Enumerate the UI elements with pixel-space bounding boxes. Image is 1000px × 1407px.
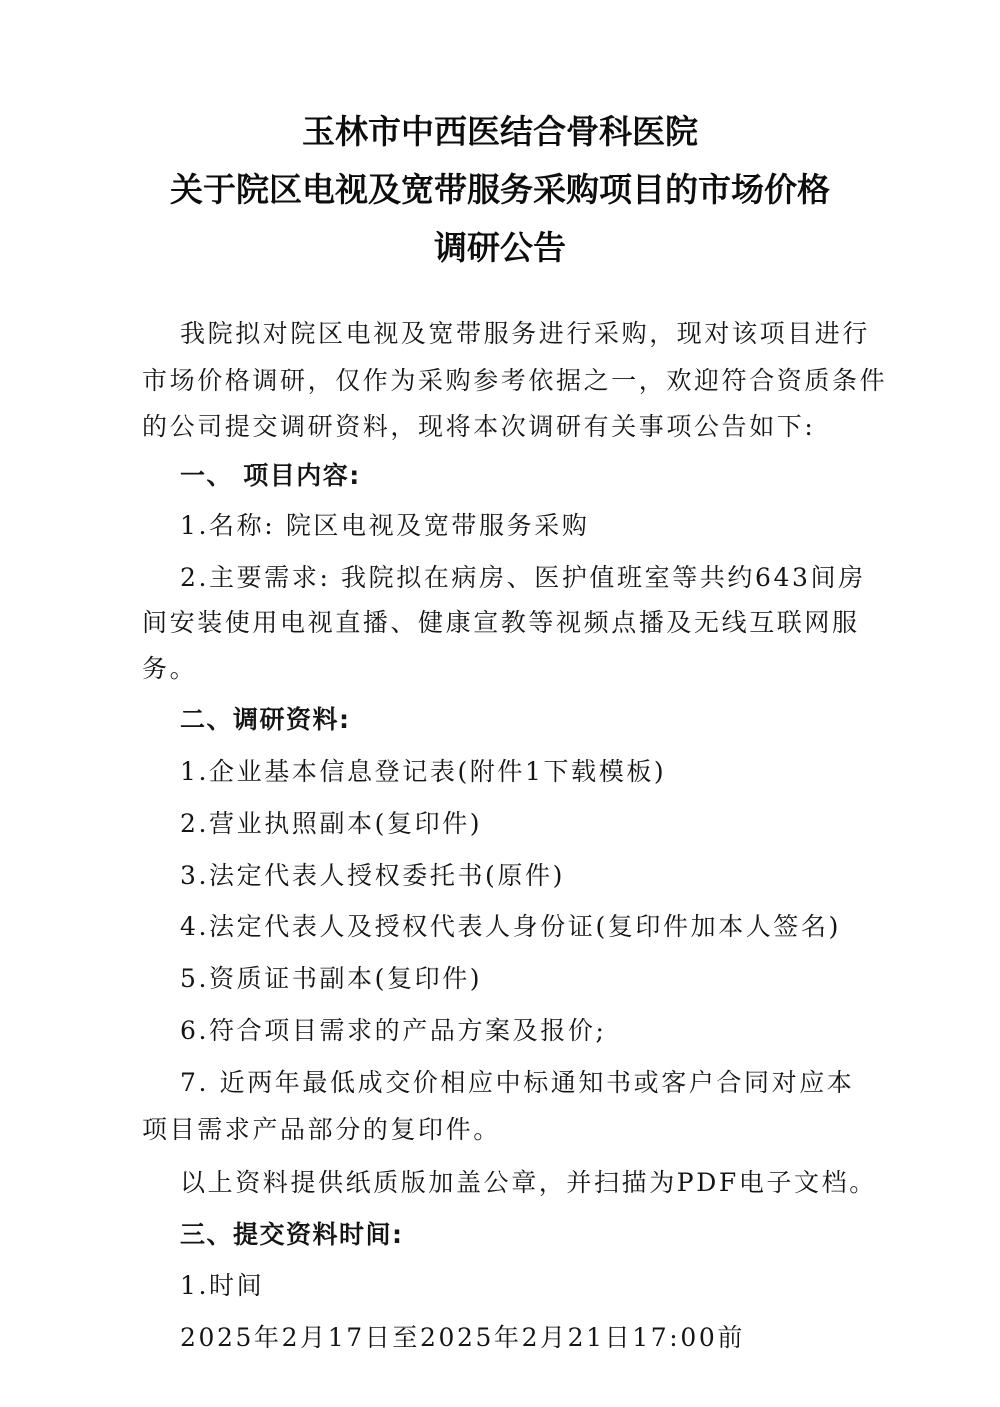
material-item-4: 4.法定代表人及授权代表人身份证(复印件加本人签名) — [180, 911, 841, 943]
time-item-label: 1.时间 — [180, 1270, 264, 1302]
section-heading-research-materials: 二、调研资料: — [180, 704, 351, 736]
material-item-3: 3.法定代表人授权委托书(原件) — [180, 860, 565, 892]
title-line-announcement: 调研公告 — [0, 219, 1000, 277]
section-heading-submission-time: 三、提交资料时间: — [180, 1219, 404, 1251]
requirements-line-1: 2.主要需求: 我院拟在病房、医护值班室等共约643间房 — [180, 562, 866, 594]
document-title: 玉林市中西医结合骨科医院 关于院区电视及宽带服务采购项目的市场价格 调研公告 — [0, 103, 1000, 277]
submission-time-range: 2025年2月17日至2025年2月21日17:00前 — [180, 1322, 745, 1354]
material-item-7-line-1: 7. 近两年最低成交价相应中标通知书或客户合同对应本 — [180, 1067, 854, 1099]
materials-note: 以上资料提供纸质版加盖公章，并扫描为PDF电子文档。 — [180, 1167, 877, 1199]
requirements-line-2: 间安装使用电视直播、健康宣教等视频点播及无线互联网服 — [142, 607, 860, 639]
intro-line-3: 的公司提交调研资料，现将本次调研有关事项公告如下: — [142, 411, 815, 443]
intro-line-1: 我院拟对院区电视及宽带服务进行采购，现对该项目进行 — [180, 318, 870, 350]
project-name-item: 1.名称: 院区电视及宽带服务采购 — [180, 510, 589, 542]
material-item-5: 5.资质证书副本(复印件) — [180, 963, 482, 995]
intro-line-2: 市场价格调研，仅作为采购参考依据之一，欢迎符合资质条件 — [142, 365, 887, 397]
section-heading-project-content: 一、 项目内容: — [180, 460, 361, 492]
document-page: 玉林市中西医结合骨科医院 关于院区电视及宽带服务采购项目的市场价格 调研公告 我… — [0, 0, 1000, 1407]
material-item-2: 2.营业执照副本(复印件) — [180, 808, 482, 840]
requirements-line-3: 务。 — [142, 653, 197, 685]
title-line-hospital: 玉林市中西医结合骨科医院 — [0, 103, 1000, 161]
title-line-subject: 关于院区电视及宽带服务采购项目的市场价格 — [0, 161, 1000, 219]
material-item-7-line-2: 项目需求产品部分的复印件。 — [142, 1114, 501, 1146]
material-item-6: 6.符合项目需求的产品方案及报价; — [180, 1015, 606, 1047]
material-item-1: 1.企业基本信息登记表(附件1下载模板) — [180, 756, 666, 788]
